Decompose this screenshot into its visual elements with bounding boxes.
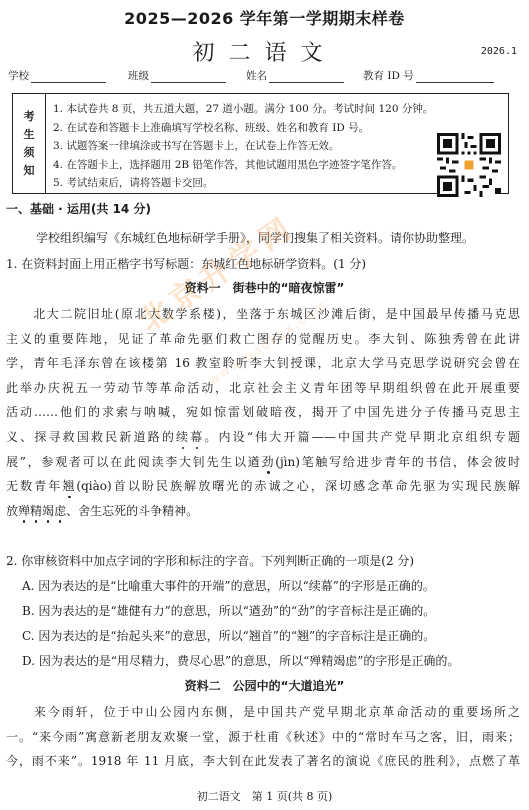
question-2-stem: 2. 你审核资料中加点字词的字形和标注的字音。下列判断正确的一项是(2 分) (6, 552, 414, 569)
name-label: 姓名 (246, 68, 267, 83)
passage-text: 。内设“伟大开篇——中国共产党早期北京组织专题 (204, 430, 520, 444)
notice-label-char: 须 (24, 144, 35, 162)
question-1: 1. 在资料封面上用正楷字书写标题：东城红色地标研学资料。(1 分) (6, 255, 366, 272)
edu-id-field[interactable]: 教育 ID 号 (363, 68, 523, 83)
dotted-char: 翘 (62, 479, 76, 493)
question-2-option-a[interactable]: A. 因为表达的是“比喻重大事件的开端”的意思，所以“续幕”的字形是正确的。 (22, 577, 435, 594)
material-1-title: 资料一 街巷中的“暗夜惊雷” (0, 279, 529, 296)
exam-notice-box: 考 生 须 知 1. 本试卷共 8 页，共五道大题，27 道小题。满分 100 … (12, 93, 509, 194)
section-heading: 一、基础 · 运用(共 14 分) (6, 200, 151, 217)
edu-id-blank[interactable] (416, 70, 494, 83)
passage-text: 、舍生忘死的斗争精神。 (66, 504, 198, 518)
passage-line: 放殚精竭虑、舍生忘死的斗争精神。 (6, 499, 520, 524)
passage-line: 主义的重要阵地，见证了革命先驱们救亡图存的觉醒历史。李大钊、陈独秀曾在此讲 (6, 327, 520, 352)
dotted-char: 劲 (262, 455, 276, 469)
dotted-char: 续 (176, 430, 190, 444)
student-info-fields: 学校 班级 姓名 教育 ID 号 (8, 68, 523, 83)
section-intro: 学校组织编写《东城红色地标研学手册》，同学们搜集了相关资料。请你协助整理。 (36, 229, 474, 246)
school-label: 学校 (8, 68, 29, 83)
passage-line: 无数青年翘(qiào)首以盼民族解放曙光的赤诚之心，深切感念革命先驱为实现民族解 (6, 474, 520, 499)
dotted-word: 续幕 (176, 430, 204, 444)
subject-title: 初二语文 (0, 36, 529, 67)
question-2-option-b[interactable]: B. 因为表达的是“雄健有力”的意思，所以“遒劲”的“劲”的字音标注是正确的。 (22, 602, 435, 619)
notice-label: 考 生 须 知 (13, 94, 46, 193)
notice-label-char: 考 (24, 108, 35, 126)
class-field[interactable]: 班级 (128, 68, 246, 83)
passage-line: 此举办庆祝五一劳动节等革命活动，北京社会主义青年团等早期组织曾在此开展重要 (6, 376, 520, 401)
notice-label-char: 知 (24, 162, 35, 180)
exam-date: 2026.1 (481, 46, 517, 57)
school-field[interactable]: 学校 (8, 68, 128, 83)
passage-text: (qiào)首以盼民族解放曙光的赤诚之心，深切感念革命先驱为实现民族解 (76, 479, 520, 493)
question-2-option-d[interactable]: D. 因为表达的是“用尽精力，费尽心思”的意思，所以“殚精竭虑”的字形是正确的。 (22, 652, 459, 669)
passage-line: 学，青年毛泽东曾在该楼第 16 教室聆听李大钊授课，北京大学马克思学说研究会曾在 (6, 351, 520, 376)
passage-text: 学，青年毛泽东曾在该楼第 16 教室聆听李大钊授课，北京大学马克思学说研究会曾在 (6, 356, 520, 370)
passage-line: 一。“来今雨”寓意新老朋友欢聚一堂，源于杜甫《秋述》中的“常时车马之客，旧，雨来… (6, 725, 520, 750)
dotted-char: 精 (30, 504, 42, 518)
material-2-title: 资料二 公园中的“大道追光” (0, 677, 529, 694)
edu-id-label: 教育 ID 号 (363, 68, 414, 83)
dotted-char: 殚 (18, 504, 30, 518)
notice-label-char: 生 (24, 126, 35, 144)
notice-item: 3. 试题答案一律填涂或书写在答题卡上，在试卷上作答无效。 (53, 137, 433, 156)
dotted-char: 竭 (42, 504, 54, 518)
qr-code-icon (437, 133, 501, 197)
page-footer: 初二语文 第 1 页(共 8 页) (0, 788, 529, 804)
exam-title: 2025—2026 学年第一学期期末样卷 (0, 6, 529, 29)
notice-item: 1. 本试卷共 8 页，共五道大题，27 道小题。满分 100 分。考试时间 1… (53, 100, 433, 119)
material-2-passage: 来今雨轩，位于中山公园内东侧，是中国共产党早期北京革命活动的重要场所之 一。“来… (6, 700, 520, 774)
passage-text: 义、探寻救国救民新道路的 (6, 430, 176, 444)
passage-line: 活动……他们的求索与呐喊，宛如惊雷划破暗夜，揭开了中国先进分子传播马克思主 (6, 400, 520, 425)
passage-line: 今，雨不来”。1918 年 11 月底，李大钊在此发表了著名的演说《庶民的胜利》… (6, 749, 520, 774)
notice-items: 1. 本试卷共 8 页，共五道大题，27 道小题。满分 100 分。考试时间 1… (53, 100, 433, 193)
passage-text: 此举办庆祝五一劳动节等革命活动，北京社会主义青年团等早期组织曾在此开展重要 (6, 381, 520, 395)
dotted-char: 幕 (190, 430, 204, 444)
passage-line: 北大二院旧址(原北大数学系楼)，坐落于东城区沙滩后街，是中国最早传播马克思 (6, 302, 520, 327)
passage-text: 活动……他们的求索与呐喊，宛如惊雷划破暗夜，揭开了中国先进分子传播马克思主 (6, 405, 520, 419)
passage-text: (jìn)笔触写给进步青年的书信，体会彼时 (275, 455, 520, 469)
name-blank[interactable] (269, 70, 344, 83)
school-blank[interactable] (31, 70, 106, 83)
class-blank[interactable] (151, 70, 226, 83)
passage-text: 无数青年 (6, 479, 62, 493)
class-label: 班级 (128, 68, 149, 83)
passage-text: 主义的重要阵地，见证了革命先驱们救亡图存的觉醒历史。李大钊、陈独秀曾在此讲 (6, 332, 520, 346)
notice-item: 2. 在试卷和答题卡上准确填写学校名称、班级、姓名和教育 ID 号。 (53, 119, 433, 138)
passage-text: 放 (6, 504, 18, 518)
dotted-word: 殚精竭虑 (18, 504, 66, 518)
passage-text: 展”，参观者可以在此阅读李大钊先生以遒 (6, 455, 262, 469)
passage-line: 展”，参观者可以在此阅读李大钊先生以遒劲(jìn)笔触写给进步青年的书信，体会彼… (6, 450, 520, 475)
material-1-passage: 北大二院旧址(原北大数学系楼)，坐落于东城区沙滩后街，是中国最早传播马克思 主义… (6, 302, 520, 523)
question-2-option-c[interactable]: C. 因为表达的是“抬起头来”的意思，所以“翘首”的“翘”的字音标注是正确的。 (22, 627, 435, 644)
passage-line: 义、探寻救国救民新道路的续幕。内设“伟大开篇——中国共产党早期北京组织专题 (6, 425, 520, 450)
notice-item: 4. 在答题卡上，选择题用 2B 铅笔作答，其他试题用黑色字迹签字笔作答。 (53, 156, 433, 175)
passage-text: 北大二院旧址(原北大数学系楼)，坐落于东城区沙滩后街，是中国最早传播马克思 (6, 307, 520, 321)
name-field[interactable]: 姓名 (246, 68, 363, 83)
dotted-char: 虑 (54, 504, 66, 518)
notice-item: 5. 考试结束后，请将答题卡交回。 (53, 174, 433, 193)
passage-line: 来今雨轩，位于中山公园内东侧，是中国共产党早期北京革命活动的重要场所之 (6, 700, 520, 725)
